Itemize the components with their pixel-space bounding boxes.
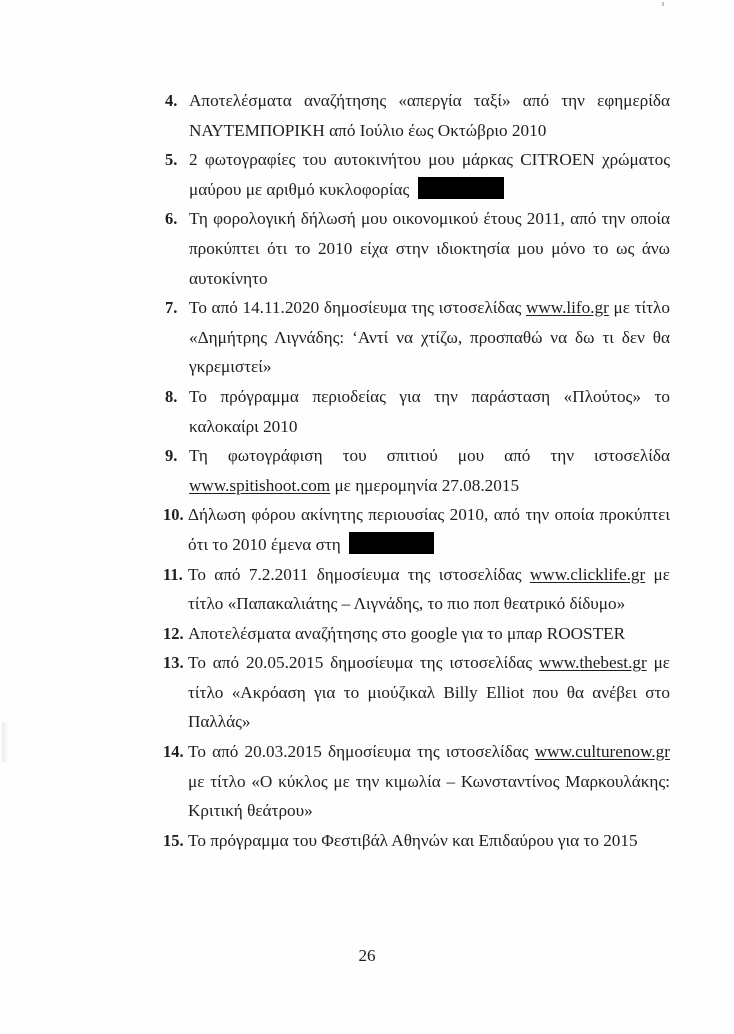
- item-text: 2 φωτογραφίες του αυτοκινήτου μου μάρκας…: [189, 145, 670, 204]
- item-number: 9.: [165, 441, 177, 471]
- item-text-segment: Το πρόγραμμα περιοδείας για την παράστασ…: [189, 387, 670, 436]
- list-item: 5. 2 φωτογραφίες του αυτοκινήτου μου μάρ…: [165, 145, 670, 204]
- item-text: Το από 20.03.2015 δημοσίευμα της ιστοσελ…: [188, 737, 670, 826]
- item-text-segment: με τίτλο «Ο κύκλος με την κιμωλία – Κωνσ…: [188, 772, 670, 821]
- item-number: 4.: [165, 86, 177, 116]
- scan-artifact: [662, 2, 664, 6]
- list-item: 8. Το πρόγραμμα περιοδείας για την παράσ…: [165, 382, 670, 441]
- item-number: 11.: [163, 560, 183, 590]
- item-text-segment: Το από 20.03.2015 δημοσίευμα της ιστοσελ…: [188, 742, 535, 761]
- item-text-segment: με ημερομηνία 27.08.2015: [330, 476, 519, 495]
- url-link[interactable]: www.clicklife.gr: [530, 565, 645, 584]
- list-item: 11. Το από 7.2.2011 δημοσίευμα της ιστοσ…: [165, 560, 670, 619]
- item-number: 8.: [165, 382, 177, 412]
- list-item: 14. Το από 20.03.2015 δημοσίευμα της ιστ…: [165, 737, 670, 826]
- item-number: 7.: [165, 293, 177, 323]
- item-text: Το από 20.05.2015 δημοσίευμα της ιστοσελ…: [188, 648, 670, 737]
- item-text: Το από 7.2.2011 δημοσίευμα της ιστοσελίδ…: [188, 560, 670, 619]
- item-number: 15.: [163, 826, 184, 856]
- redaction-block: [349, 532, 434, 554]
- item-text: Δήλωση φόρου ακίνητης περιουσίας 2010, α…: [188, 500, 670, 559]
- list-item: 6. Τη φορολογική δήλωσή μου οικονομικού …: [165, 204, 670, 293]
- redaction-block: [418, 177, 504, 199]
- item-text: Τη φωτογράφιση του σπιτιού μου από την ι…: [189, 441, 670, 500]
- item-number: 13.: [163, 648, 184, 678]
- item-number: 5.: [165, 145, 177, 175]
- item-text-segment: Αποτελέσματα αναζήτησης «απεργία ταξί» α…: [189, 91, 670, 140]
- item-text-segment: Το από 20.05.2015 δημοσίευμα της ιστοσελ…: [188, 653, 539, 672]
- item-text: Αποτελέσματα αναζήτησης στο google για τ…: [188, 619, 670, 649]
- item-number: 14.: [163, 737, 184, 767]
- item-text-segment: Τη φορολογική δήλωσή μου οικονομικού έτο…: [189, 209, 670, 287]
- url-link[interactable]: www.culturenow.gr: [535, 742, 670, 761]
- list-item: 7. Το από 14.11.2020 δημοσίευμα της ιστο…: [165, 293, 670, 382]
- scan-edge-shadow: [2, 722, 8, 762]
- item-text-segment: Αποτελέσματα αναζήτησης στο google για τ…: [188, 624, 625, 643]
- item-number: 12.: [163, 619, 184, 649]
- item-text-segment: Το από 14.11.2020 δημοσίευμα της ιστοσελ…: [189, 298, 526, 317]
- document-page: 4. Αποτελέσματα αναζήτησης «απεργία ταξί…: [0, 0, 734, 1034]
- item-text-segment: Το από 7.2.2011 δημοσίευμα της ιστοσελίδ…: [188, 565, 530, 584]
- list-item: 9. Τη φωτογράφιση του σπιτιού μου από τη…: [165, 441, 670, 500]
- url-link[interactable]: www.thebest.gr: [539, 653, 647, 672]
- item-number: 10.: [163, 500, 184, 530]
- url-link[interactable]: www.lifo.gr: [526, 298, 609, 317]
- item-text: Το πρόγραμμα του Φεστιβάλ Αθηνών και Επι…: [188, 826, 670, 856]
- item-text: Τη φορολογική δήλωσή μου οικονομικού έτο…: [189, 204, 670, 293]
- list-item: 12. Αποτελέσματα αναζήτησης στο google γ…: [165, 619, 670, 649]
- item-text: Αποτελέσματα αναζήτησης «απεργία ταξί» α…: [189, 86, 670, 145]
- item-text-segment: Το πρόγραμμα του Φεστιβάλ Αθηνών και Επι…: [188, 831, 638, 850]
- list-item: 10. Δήλωση φόρου ακίνητης περιουσίας 201…: [165, 500, 670, 559]
- evidence-list: 4. Αποτελέσματα αναζήτησης «απεργία ταξί…: [165, 86, 670, 855]
- item-text: Το πρόγραμμα περιοδείας για την παράστασ…: [189, 382, 670, 441]
- list-item: 15. Το πρόγραμμα του Φεστιβάλ Αθηνών και…: [165, 826, 670, 856]
- list-item: 13. Το από 20.05.2015 δημοσίευμα της ιστ…: [165, 648, 670, 737]
- list-item: 4. Αποτελέσματα αναζήτησης «απεργία ταξί…: [165, 86, 670, 145]
- url-link[interactable]: www.spitishoot.com: [189, 476, 330, 495]
- item-text: Το από 14.11.2020 δημοσίευμα της ιστοσελ…: [189, 293, 670, 382]
- item-text-segment: Τη φωτογράφιση του σπιτιού μου από την ι…: [189, 446, 670, 465]
- page-number: 26: [0, 946, 734, 966]
- item-number: 6.: [165, 204, 177, 234]
